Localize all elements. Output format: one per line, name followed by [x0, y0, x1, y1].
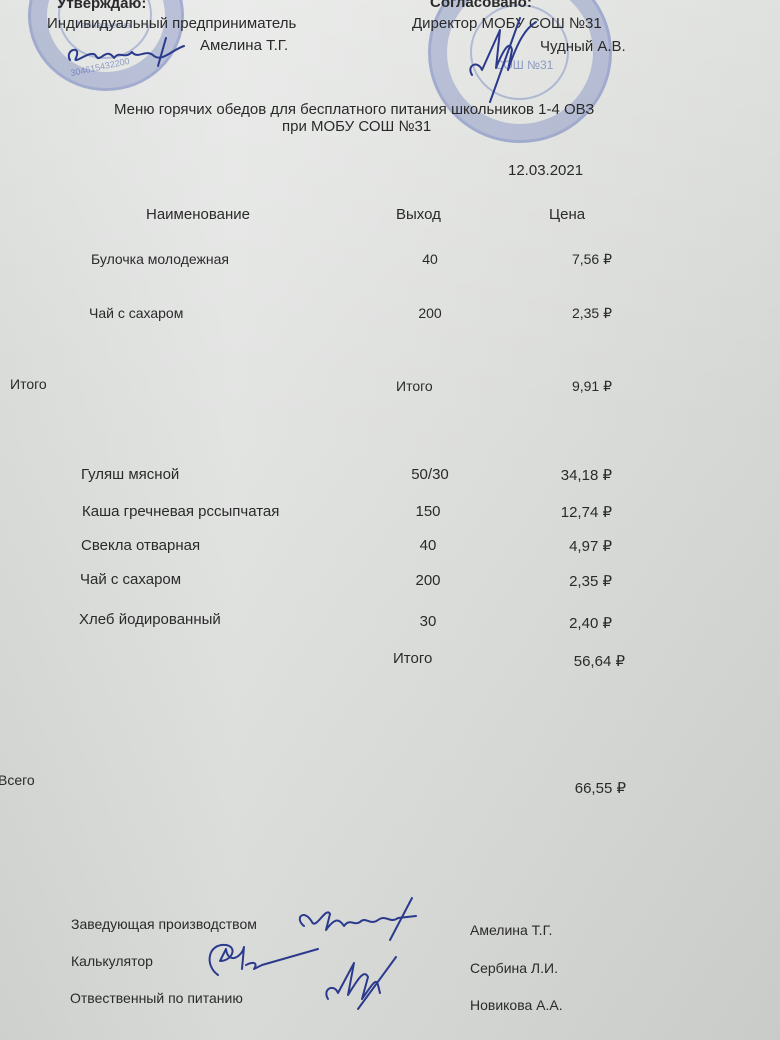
approval-label: Утверждаю: — [57, 0, 146, 12]
item-name: Свекла отварная — [81, 537, 200, 554]
grand-total-value: 66,55 ₽ — [540, 779, 626, 797]
breakfast-total-label: Итого — [396, 378, 433, 394]
document-title-line1: Меню горячих обедов для бесплатного пита… — [114, 101, 594, 118]
item-price: 2,35 ₽ — [530, 305, 612, 322]
item-name: Гуляш мясной — [81, 466, 179, 483]
item-yield: 200 — [398, 572, 458, 589]
lunch-total-value: 56,64 ₽ — [540, 652, 625, 670]
menu-date: 12.03.2021 — [508, 162, 583, 179]
breakfast-total-left-label: Итого — [10, 376, 47, 392]
item-yield: 40 — [400, 251, 460, 267]
item-name: Чай с сахаром — [89, 305, 183, 321]
item-name: Хлеб йодированный — [79, 611, 221, 628]
item-price: 2,35 ₽ — [530, 572, 612, 590]
approval-signature — [62, 38, 192, 68]
calculator-signature — [198, 935, 328, 980]
item-name: Каша гречневая рссыпчатая — [82, 503, 279, 520]
grand-total-label: Всего — [0, 772, 35, 788]
paper-background — [0, 0, 780, 1040]
item-price: 2,40 ₽ — [530, 614, 612, 632]
item-yield: 30 — [398, 613, 458, 630]
header-yield: Выход — [396, 206, 441, 223]
document-title-line2: при МОБУ СОШ №31 — [282, 118, 431, 135]
header-price: Цена — [549, 206, 585, 223]
signature-name: Новикова А.А. — [470, 997, 563, 1013]
approval-name: Амелина Т.Г. — [200, 37, 288, 54]
item-yield: 50/30 — [400, 466, 460, 483]
item-price: 4,97 ₽ — [530, 537, 612, 555]
signature-role: Отвественный по питанию — [70, 990, 243, 1006]
item-name: Булочка молодежная — [91, 251, 229, 267]
item-price: 7,56 ₽ — [530, 251, 612, 268]
agreement-name: Чудный А.В. — [540, 38, 626, 55]
approval-position: Индивидуальный предприниматель — [47, 15, 296, 32]
item-yield: 40 — [398, 537, 458, 554]
item-price: 34,18 ₽ — [530, 466, 612, 484]
lunch-total-label: Итого — [393, 650, 432, 667]
signature-name: Сербина Л.И. — [470, 960, 558, 976]
signature-role: Калькулятор — [71, 953, 153, 969]
item-yield: 200 — [400, 305, 460, 321]
header-name: Наименование — [146, 206, 250, 223]
item-price: 12,74 ₽ — [530, 503, 612, 521]
item-name: Чай с сахаром — [80, 571, 181, 588]
agreement-signature — [460, 10, 550, 105]
breakfast-total-value: 9,91 ₽ — [530, 378, 612, 395]
nutrition-officer-signature — [318, 955, 418, 1010]
signature-name: Амелина Т.Г. — [470, 922, 552, 938]
signature-role: Заведующая производством — [71, 916, 257, 932]
item-yield: 150 — [398, 503, 458, 520]
